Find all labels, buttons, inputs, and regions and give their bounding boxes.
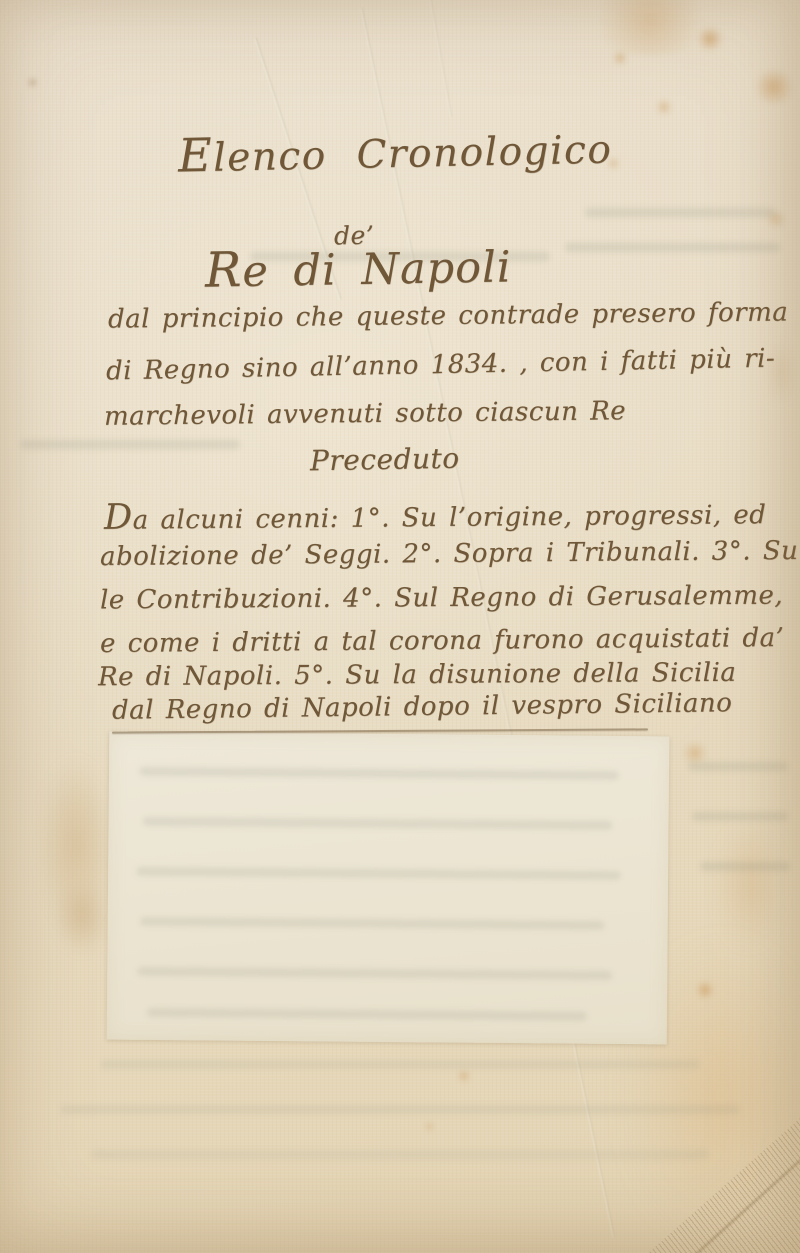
manuscript-page: Elenco Cronologico de’ Re di Napoli dal … [0,0,800,1253]
paper-vignette [0,0,800,1253]
